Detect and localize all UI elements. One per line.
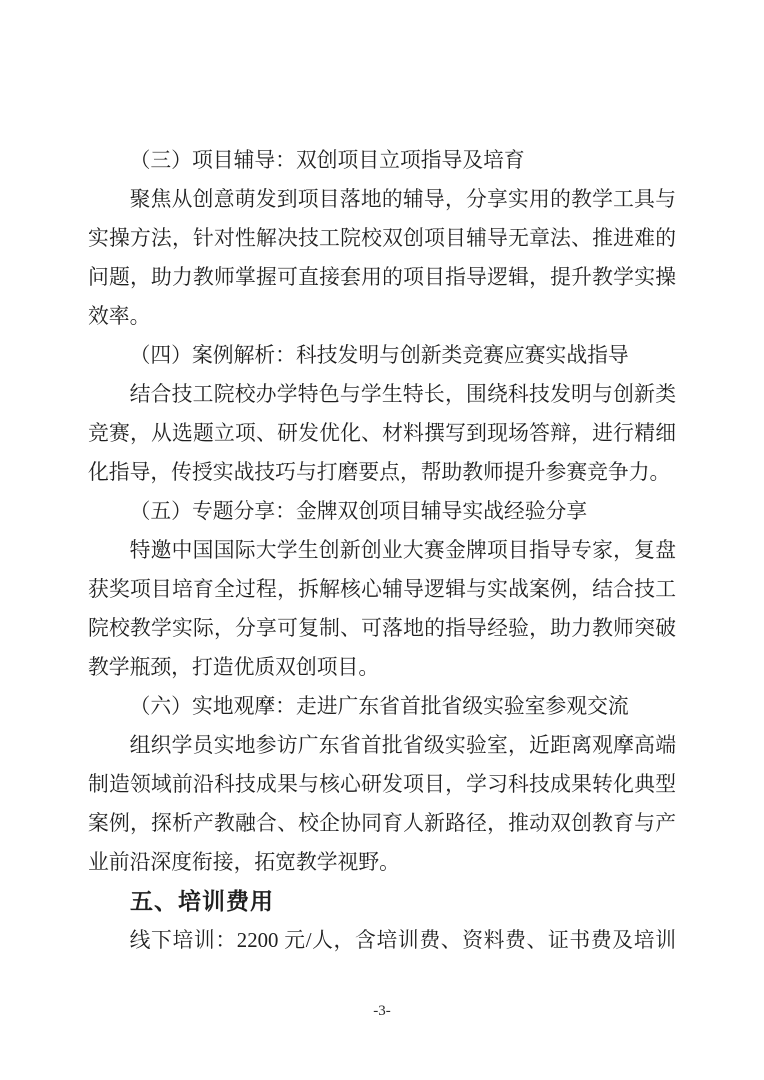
paragraph-line: 竞赛，从选题立项、研发优化、材料撰写到现场答辩，进行精细 [88,414,676,453]
section-project-coaching: （三）项目辅导：双创项目立项指导及培育 聚焦从创意萌发到项目落地的辅导，分享实用… [88,141,676,336]
paragraph-line: 聚焦从创意萌发到项目落地的辅导，分享实用的教学工具与 [88,180,676,219]
section-case-analysis: （四）案例解析：科技发明与创新类竞赛应赛实战指导 结合技工院校办学特色与学生特长… [88,336,676,492]
paragraph-line: 组织学员实地参访广东省首批省级实验室，近距离观摩高端 [88,726,676,765]
section-site-visit: （六）实地观摩：走进广东省首批省级实验室参观交流 组织学员实地参访广东省首批省级… [88,687,676,882]
paragraph-line: 特邀中国国际大学生创新创业大赛金牌项目指导专家，复盘 [88,531,676,570]
section-heading: （五）专题分享：金牌双创项目辅导实战经验分享 [88,492,676,531]
document-body: （三）项目辅导：双创项目立项指导及培育 聚焦从创意萌发到项目落地的辅导，分享实用… [88,141,676,960]
paragraph-line: 结合技工院校办学特色与学生特长，围绕科技发明与创新类 [88,375,676,414]
section-topic-sharing: （五）专题分享：金牌双创项目辅导实战经验分享 特邀中国国际大学生创新创业大赛金牌… [88,492,676,687]
paragraph-line: 问题，助力教师掌握可直接套用的项目指导逻辑，提升教学实操 [88,258,676,297]
paragraph-line: 线下培训：2200 元/人，含培训费、资料费、证书费及培训 [88,921,676,960]
paragraph-line: 化指导，传授实战技巧与打磨要点，帮助教师提升参赛竞争力。 [88,453,676,492]
document-page: （三）项目辅导：双创项目立项指导及培育 聚焦从创意萌发到项目落地的辅导，分享实用… [0,0,764,1080]
paragraph-line: 获奖项目培育全过程，拆解核心辅导逻辑与实战案例，结合技工 [88,570,676,609]
paragraph-line: 制造领域前沿科技成果与核心研发项目，学习科技成果转化典型 [88,765,676,804]
paragraph-line: 院校教学实际，分享可复制、可落地的指导经验，助力教师突破 [88,609,676,648]
fee-section-heading: 五、培训费用 [88,882,676,921]
paragraph-line: 业前沿深度衔接，拓宽教学视野。 [88,843,676,882]
paragraph-line: 效率。 [88,297,676,336]
paragraph-line: 案例，探析产教融合、校企协同育人新路径，推动双创教育与产 [88,804,676,843]
paragraph-line: 教学瓶颈，打造优质双创项目。 [88,648,676,687]
section-training-fee: 五、培训费用 线下培训：2200 元/人，含培训费、资料费、证书费及培训 [88,882,676,960]
page-number: -3- [0,1000,764,1022]
section-heading: （六）实地观摩：走进广东省首批省级实验室参观交流 [88,687,676,726]
section-heading: （三）项目辅导：双创项目立项指导及培育 [88,141,676,180]
paragraph-line: 实操方法，针对性解决技工院校双创项目辅导无章法、推进难的 [88,219,676,258]
section-heading: （四）案例解析：科技发明与创新类竞赛应赛实战指导 [88,336,676,375]
